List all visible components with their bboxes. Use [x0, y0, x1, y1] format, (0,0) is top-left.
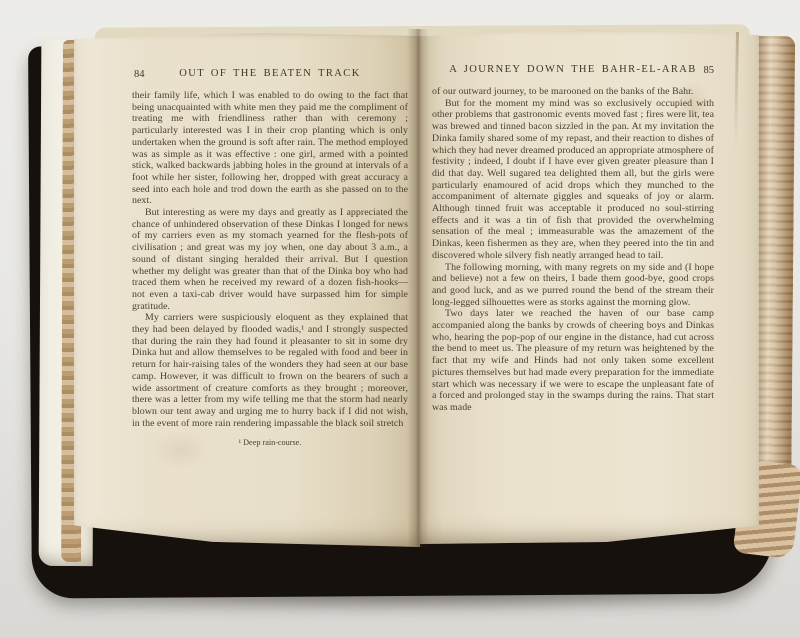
right-page-number: 85 — [704, 65, 715, 76]
left-page-number: 84 — [134, 69, 145, 80]
paragraph: Two days later we reached the haven of o… — [432, 308, 714, 413]
paragraph: But interesting as were my days and grea… — [132, 207, 408, 312]
left-running-header: 84 OUT OF THE BEATEN TRACK — [132, 68, 408, 83]
right-running-header: A JOURNEY DOWN THE BAHR-EL-ARAB 85 — [432, 64, 714, 79]
right-running-title: A JOURNEY DOWN THE BAHR-EL-ARAB — [432, 64, 714, 75]
open-book-photo: F G ▮ ▮ a tr o h u li b e r i th H w te … — [0, 0, 800, 637]
paragraph: But for the moment my mind was so exclus… — [432, 98, 714, 262]
right-page-text: A JOURNEY DOWN THE BAHR-EL-ARAB 85 of ou… — [432, 64, 714, 414]
paragraph: their family life, which I was enabled t… — [132, 90, 408, 207]
right-page-body: of our outward journey, to be marooned o… — [432, 86, 714, 414]
footnote: ¹ Deep rain-course. — [132, 438, 408, 447]
left-running-title: OUT OF THE BEATEN TRACK — [132, 68, 408, 79]
paragraph: of our outward journey, to be marooned o… — [432, 86, 714, 98]
paragraph: The following morning, with many regrets… — [432, 262, 714, 309]
left-page-text: 84 OUT OF THE BEATEN TRACK their family … — [132, 68, 408, 447]
paragraph: My carriers were suspiciously eloquent a… — [132, 312, 408, 429]
left-page-body: their family life, which I was enabled t… — [132, 90, 408, 429]
